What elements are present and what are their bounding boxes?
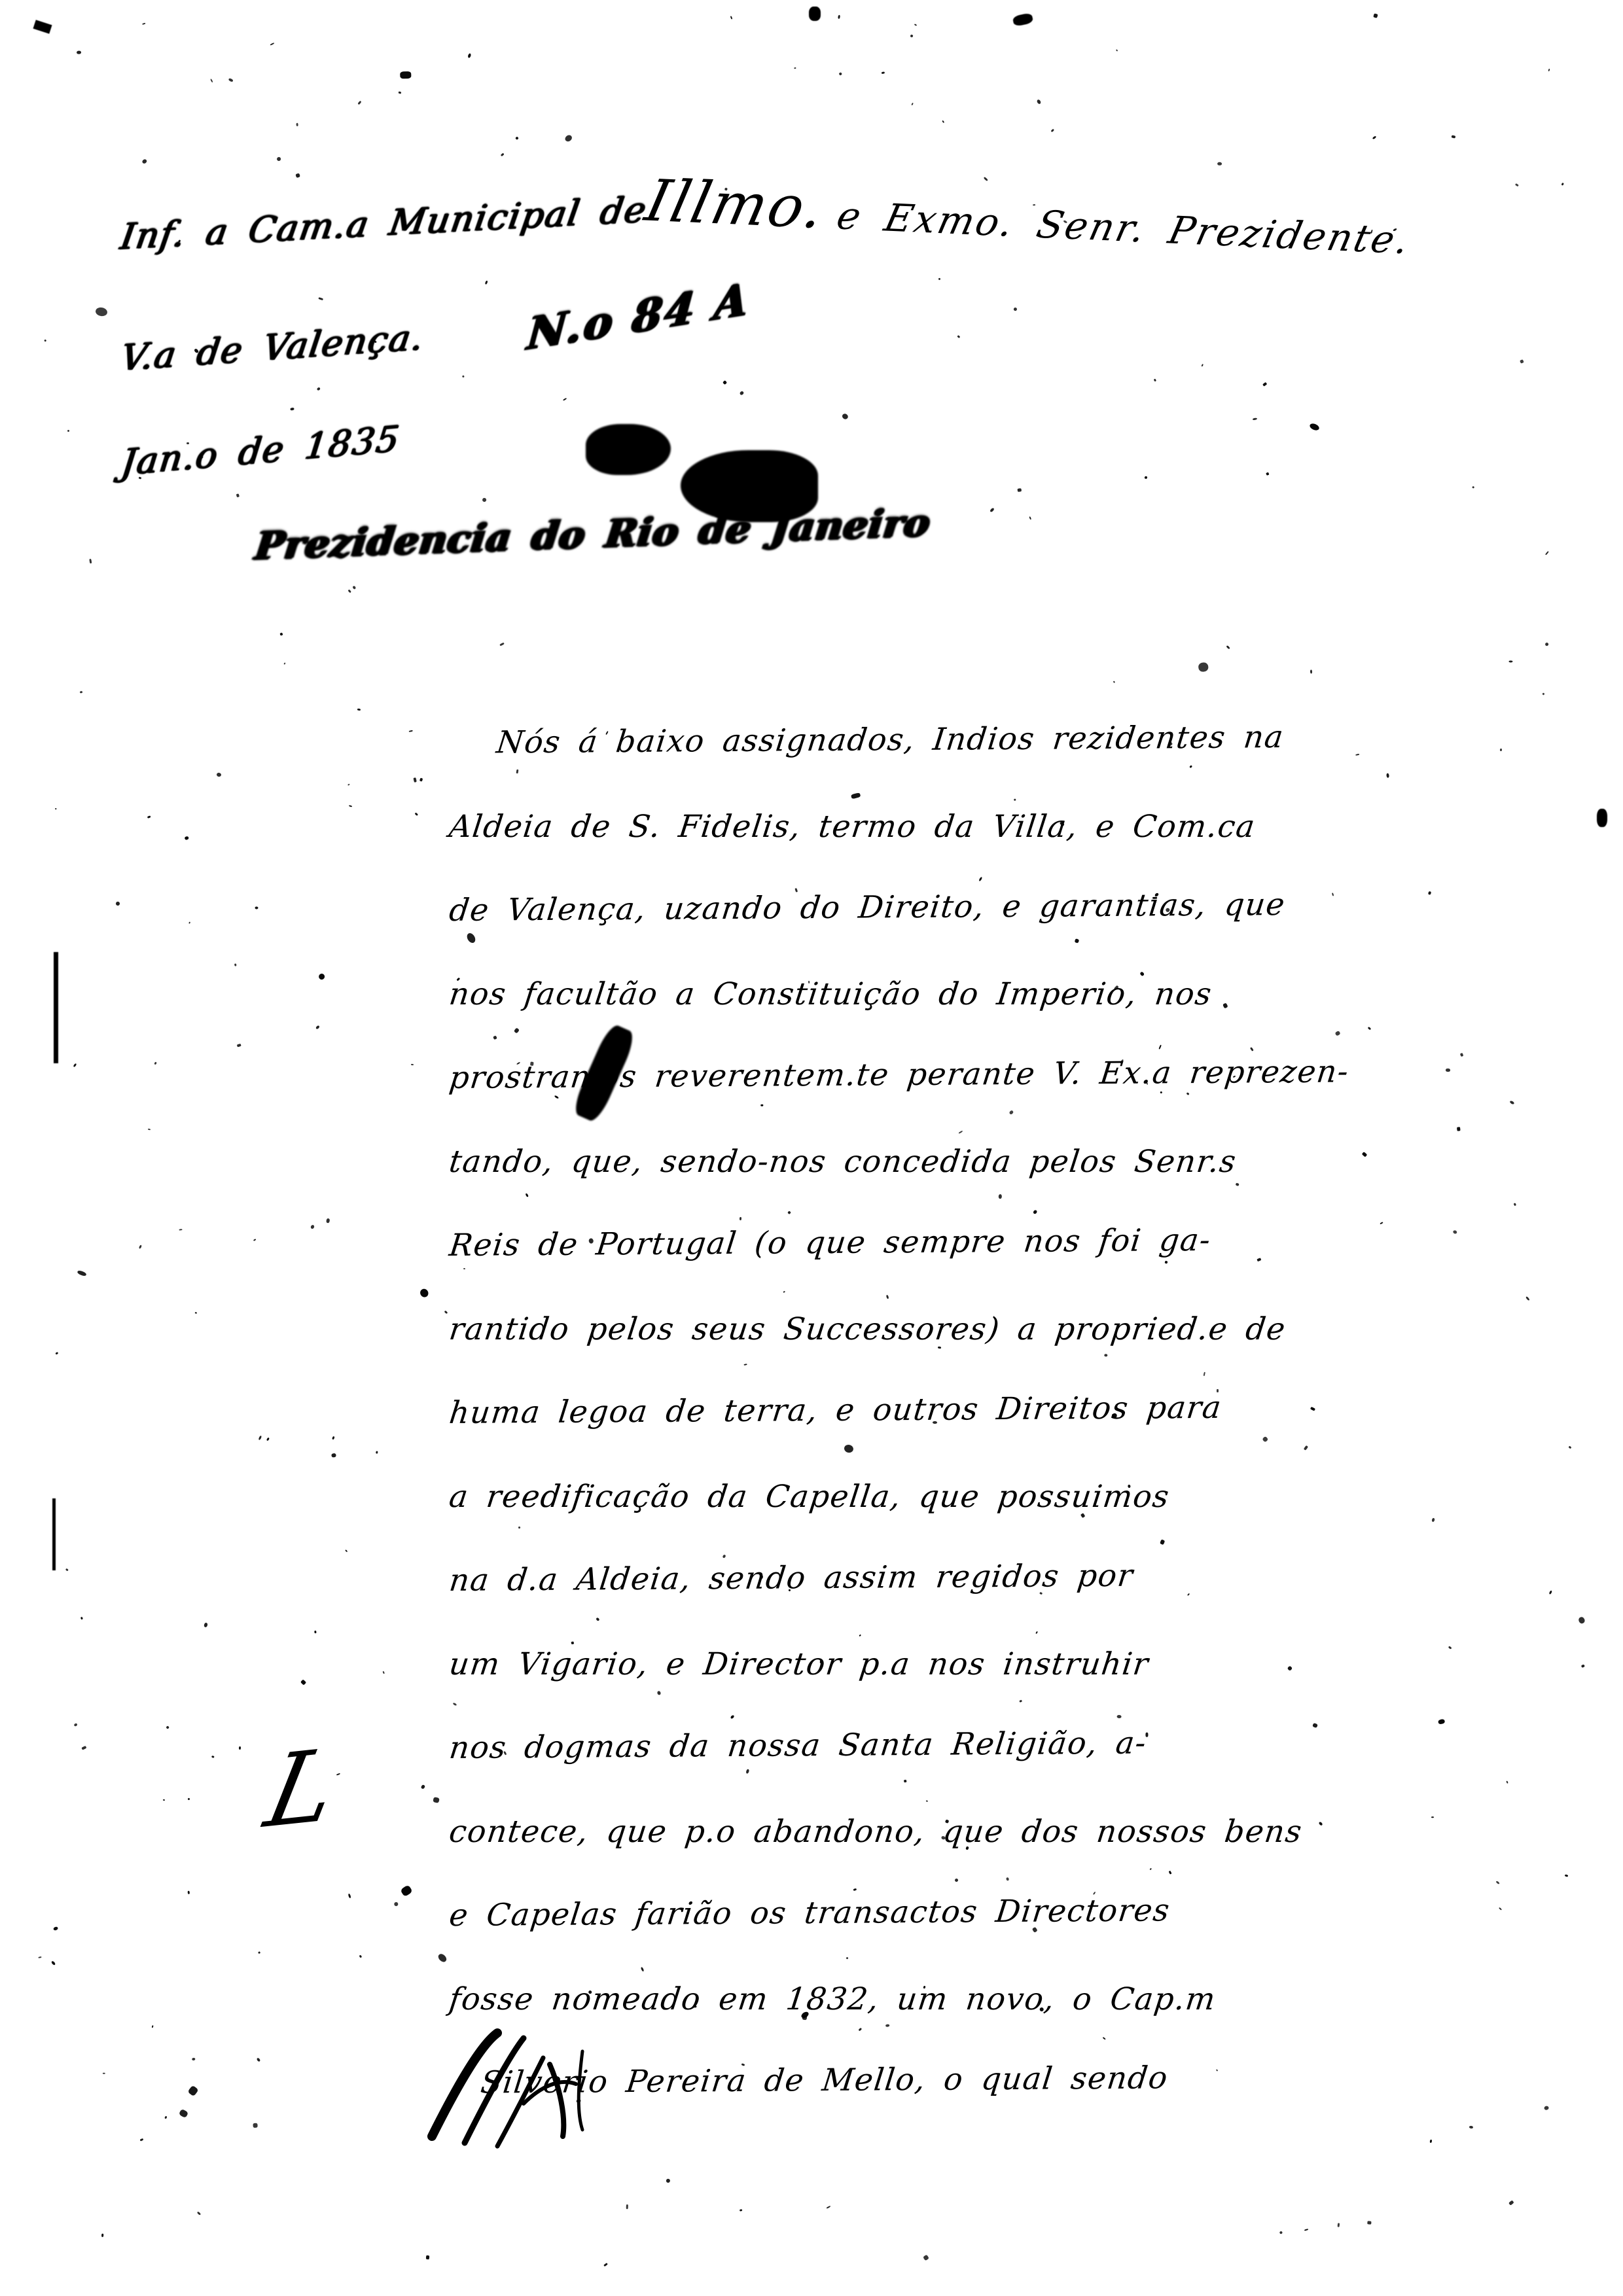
paper-speckle	[1452, 135, 1456, 138]
paper-speckle	[1217, 1389, 1219, 1392]
paper-speckle	[65, 1568, 69, 1572]
paper-speckle	[563, 134, 573, 143]
paper-speckle	[1198, 662, 1209, 673]
paper-speckle	[1337, 2223, 1340, 2227]
paper-speckle	[317, 972, 326, 981]
paper-speckle	[348, 590, 351, 593]
ink-blot	[681, 450, 818, 522]
paper-speckle	[332, 1436, 335, 1440]
paper-speckle	[1545, 551, 1549, 556]
paper-speckle	[838, 15, 840, 19]
paper-speckle	[319, 297, 323, 300]
body-line: prostramos reverentem.te perante V. Ex.a…	[442, 1054, 1329, 1144]
paper-speckle	[147, 815, 151, 819]
paper-speckle	[740, 1217, 741, 1220]
paper-speckle	[1544, 642, 1548, 646]
paper-speckle	[1013, 307, 1017, 311]
paper-speckle	[1542, 692, 1544, 695]
paper-speckle	[415, 813, 418, 816]
ink-blot	[586, 424, 671, 475]
paper-speckle	[116, 902, 120, 906]
paper-speckle	[942, 120, 944, 124]
paper-speckle	[148, 1129, 151, 1131]
paper-speckle	[73, 1723, 77, 1727]
paper-speckle	[990, 508, 995, 513]
paper-speckle	[411, 1064, 414, 1065]
paper-speckle	[1309, 422, 1321, 431]
paper-speckle	[279, 632, 283, 635]
paper-speckle	[197, 2212, 201, 2216]
paper-speckle	[838, 72, 842, 76]
body-line: tando, que, sendo-nos concedida pelos Se…	[441, 1144, 1329, 1227]
paper-speckle	[1380, 1222, 1383, 1224]
paper-speckle	[1117, 1715, 1122, 1718]
paper-speckle	[67, 430, 69, 432]
paper-speckle	[1017, 488, 1022, 492]
paper-speckle	[1051, 129, 1054, 132]
paper-speckle	[164, 2116, 167, 2119]
scan-edge-mark	[1012, 12, 1034, 27]
paper-speckle	[933, 1421, 937, 1424]
paper-speckle	[211, 1756, 215, 1758]
paper-speckle	[984, 177, 988, 181]
paper-speckle	[841, 413, 849, 421]
body-line: contece, que p.o abandono, que dos nosso…	[441, 1814, 1329, 1898]
date-note: Jan.o de 1835	[119, 417, 402, 484]
paper-speckle	[187, 2085, 199, 2097]
paper-speckle	[1469, 2126, 1474, 2129]
paper-speckle	[192, 2058, 196, 2060]
paper-speckle	[760, 1575, 763, 1580]
paper-speckle	[326, 1218, 330, 1223]
paper-speckle	[563, 398, 567, 401]
paper-speckle	[1453, 1229, 1457, 1234]
paper-speckle	[1508, 2200, 1514, 2205]
paper-speckle	[310, 1224, 315, 1229]
paper-speckle	[571, 1641, 574, 1644]
paper-speckle	[1217, 162, 1222, 166]
paper-speckle	[184, 836, 188, 840]
registry-number: N.o 84 A	[526, 272, 753, 360]
paper-speckle	[138, 1245, 142, 1249]
paper-speckle	[332, 1453, 336, 1458]
paper-speckle	[846, 1957, 848, 1959]
paper-speckle	[604, 2263, 608, 2267]
paper-speckle	[530, 1061, 534, 1065]
paper-speckle	[141, 158, 147, 164]
paper-speckle	[794, 67, 796, 69]
paper-speckle	[433, 1797, 440, 1803]
paper-speckle	[1226, 645, 1230, 650]
paper-speckle	[1368, 1027, 1371, 1030]
paper-speckle	[882, 71, 885, 74]
paper-speckle	[1448, 1646, 1452, 1650]
paper-speckle	[419, 1287, 430, 1298]
paper-speckle	[1500, 749, 1502, 751]
paper-speckle	[357, 709, 361, 711]
paper-speckle	[315, 1631, 317, 1634]
paper-speckle	[1332, 892, 1334, 896]
paper-speckle	[255, 906, 258, 909]
paper-speckle	[80, 1617, 83, 1620]
paper-speckle	[179, 1229, 183, 1231]
paper-speckle	[1569, 1446, 1571, 1449]
paper-speckle	[228, 78, 234, 82]
paper-speckle	[236, 493, 240, 497]
paper-speckle	[81, 1746, 86, 1750]
paper-speckle	[103, 2073, 105, 2074]
paper-speckle	[315, 1025, 320, 1029]
paper-speckle	[1262, 382, 1267, 387]
pen-scribble-marks	[419, 2025, 720, 2156]
paper-speckle	[348, 1894, 351, 1898]
paper-speckle	[1520, 359, 1524, 363]
paper-speckle	[188, 1891, 190, 1894]
body-line: Nós á baixo assignados, Indios rezidente…	[442, 719, 1329, 809]
paper-speckle	[1457, 1127, 1460, 1131]
paper-speckle	[1472, 486, 1474, 489]
scan-edge-mark	[1597, 809, 1607, 827]
paper-speckle	[1499, 1907, 1502, 1911]
paper-speckle	[89, 559, 92, 563]
paper-speckle	[187, 1797, 190, 1800]
paper-speckle	[77, 51, 81, 55]
paper-speckle	[400, 71, 412, 79]
marginalia-line-1: Inf. a Cam.a Municipal de	[118, 188, 650, 258]
paper-speckle	[1514, 183, 1518, 187]
body-line: de Valença, uzando do Direito, e garanti…	[442, 887, 1329, 976]
paper-speckle	[295, 173, 300, 178]
paper-speckle	[399, 92, 401, 94]
paper-speckle	[957, 335, 961, 338]
paper-speckle	[53, 1926, 58, 1931]
scan-edge-streak	[54, 952, 58, 1063]
scan-edge-streak	[52, 1498, 56, 1570]
paper-speckle	[1116, 49, 1118, 52]
paper-speckle	[1548, 69, 1550, 71]
body-line: nos facultão a Constituição do Imperio, …	[441, 976, 1329, 1060]
paper-speckle	[401, 1884, 413, 1897]
paper-speckle	[77, 1270, 87, 1277]
paper-speckle	[204, 1622, 208, 1627]
paper-speckle	[1372, 135, 1377, 139]
paper-speckle	[414, 777, 417, 782]
paper-speckle	[1431, 1518, 1435, 1523]
paper-speckle	[500, 643, 505, 646]
paper-speckle	[259, 1952, 261, 1954]
paper-speckle	[353, 586, 357, 590]
paper-speckle	[194, 1312, 197, 1314]
paper-speckle	[300, 1680, 306, 1686]
paper-speckle	[151, 2025, 153, 2028]
salutation: Illmo. e Exmo. Senr. Prezidente.	[639, 167, 1419, 267]
paper-speckle	[317, 387, 321, 391]
paper-speckle	[666, 2178, 671, 2183]
paper-speckle	[259, 1436, 262, 1440]
paper-speckle	[1153, 378, 1156, 381]
paper-speckle	[1510, 1100, 1515, 1104]
paper-speckle	[1430, 2140, 1433, 2143]
paper-speckle	[1253, 417, 1257, 420]
paper-speckle	[409, 730, 413, 732]
paper-speckle	[349, 805, 353, 807]
scan-edge-mark	[809, 7, 821, 21]
paper-speckle	[217, 772, 222, 777]
body-line: Aldeia de S. Fidelis, termo da Villa, e …	[441, 809, 1329, 892]
paper-speckle	[1367, 2221, 1371, 2224]
paper-speckle	[210, 79, 213, 83]
paper-speckle	[1145, 1733, 1148, 1737]
paper-speckle	[1113, 680, 1115, 682]
body-line: um Vigario, e Director p.a nos instruhir	[441, 1646, 1329, 1730]
paper-speckle	[1304, 2229, 1308, 2231]
paper-speckle	[1514, 1203, 1516, 1205]
paper-speckle	[1335, 1031, 1341, 1036]
paper-speckle	[276, 156, 281, 162]
paper-speckle	[237, 1044, 241, 1047]
paper-speckle	[426, 2255, 429, 2260]
paper-speckle	[270, 43, 275, 46]
margin-flourish-L: L	[257, 1727, 346, 1851]
paper-speckle	[1033, 204, 1035, 205]
paper-speckle	[1548, 1590, 1552, 1595]
paper-speckle	[1266, 472, 1269, 475]
paper-speckle	[419, 778, 423, 782]
paper-speckle	[999, 1194, 1002, 1199]
paper-speckle	[348, 783, 350, 786]
paper-speckle	[760, 1104, 763, 1106]
paper-speckle	[1113, 1413, 1117, 1418]
paper-speckle	[51, 1961, 56, 1966]
paper-speckle	[234, 963, 236, 966]
paper-speckle	[1506, 1781, 1508, 1784]
paper-speckle	[1201, 364, 1204, 367]
paper-speckle	[1578, 1616, 1586, 1625]
body-line: Reis de Portugal (o que sempre nos foi g…	[442, 1222, 1329, 1311]
paper-speckle	[166, 1725, 169, 1729]
paper-speckle	[1279, 2231, 1283, 2234]
paper-speckle	[740, 2209, 742, 2211]
body-line: rantido pelos seus Successores) a propri…	[441, 1311, 1329, 1395]
paper-speckle	[808, 981, 810, 983]
paper-speckle	[179, 2109, 188, 2118]
paper-speckle	[188, 921, 190, 924]
paper-speckle	[154, 1062, 157, 1065]
paper-speckle	[740, 391, 745, 396]
paper-speckle	[722, 380, 727, 385]
paper-speckle	[143, 23, 146, 25]
body-line: na d.a Aldeia, sendo assim regidos por	[442, 1557, 1329, 1646]
paper-speckle	[1373, 13, 1378, 18]
paper-speckle	[55, 808, 57, 809]
paper-speckle	[1495, 1881, 1500, 1884]
paper-speckle	[345, 1549, 348, 1553]
body-line: nos dogmas da nossa Santa Religião, a-	[442, 1724, 1329, 1814]
paper-speckle	[257, 2057, 261, 2062]
paper-speckle	[163, 1799, 166, 1801]
paper-speckle	[1446, 1069, 1450, 1072]
paper-speckle	[291, 408, 294, 411]
paper-speckle	[376, 1451, 378, 1453]
paper-speckle	[1438, 1719, 1445, 1725]
paper-speckle	[253, 2123, 258, 2128]
paper-speckle	[38, 1956, 41, 1958]
paper-speckle	[1561, 183, 1564, 186]
paper-speckle	[923, 2255, 929, 2261]
paper-speckle	[1460, 1053, 1464, 1057]
paper-speckle	[44, 339, 46, 342]
paper-speckle	[1428, 891, 1431, 895]
paper-speckle	[730, 16, 733, 19]
paper-speckle	[501, 153, 505, 157]
marginalia-line-2: V.a de Valença.	[118, 316, 427, 379]
paper-speckle	[904, 1780, 907, 1783]
paper-speckle	[626, 2204, 628, 2209]
paper-speckle	[515, 136, 518, 139]
paper-speckle	[421, 1784, 425, 1790]
paper-speckle	[1144, 476, 1147, 479]
paper-speckle	[1029, 516, 1031, 520]
paper-speckle	[1152, 897, 1157, 899]
body-line: huma legoa de terra, e outros Direitos p…	[442, 1389, 1329, 1479]
paper-speckle	[336, 1773, 340, 1776]
paper-speckle	[95, 307, 108, 317]
paper-speckle	[911, 103, 914, 106]
paper-speckle	[296, 123, 298, 126]
body-line: a reedificação da Capella, que possuimos	[441, 1479, 1329, 1563]
paper-speckle	[1431, 1816, 1434, 1818]
salutation-prefix: Illmo.	[639, 167, 832, 241]
paper-speckle	[187, 442, 189, 444]
paper-speckle	[140, 2138, 144, 2142]
paper-speckle	[1565, 1874, 1568, 1877]
manuscript-page: Inf. a Cam.a Municipal de V.a de Valença…	[0, 0, 1623, 2296]
paper-speckle	[938, 278, 941, 281]
salutation-rest: e Exmo. Senr. Prezidente.	[833, 194, 1415, 263]
paper-speckle	[1037, 99, 1042, 104]
paper-speckle	[266, 1438, 270, 1441]
paper-speckle	[482, 497, 487, 503]
scan-corner-mark	[33, 20, 52, 33]
paper-speckle	[359, 1954, 362, 1958]
paper-speckle	[56, 1352, 59, 1354]
paper-speckle	[239, 1746, 241, 1750]
paper-speckle	[73, 1063, 77, 1068]
paper-speckle	[357, 101, 361, 105]
paper-speckle	[910, 34, 914, 38]
paper-speckle	[101, 2234, 103, 2238]
paper-speckle	[1525, 1296, 1529, 1301]
paper-speckle	[253, 1239, 257, 1241]
paper-speckle	[1509, 660, 1513, 662]
paper-speckle	[1544, 2106, 1549, 2110]
paper-speckle	[1362, 1152, 1367, 1157]
paper-speckle	[1581, 1664, 1585, 1668]
paper-speckle	[467, 53, 471, 58]
paper-speckle	[1310, 669, 1312, 673]
paper-speckle	[463, 1268, 465, 1269]
paper-speckle	[1387, 773, 1389, 778]
paper-speckle	[462, 376, 465, 378]
body-line: e Capelas farião os transactos Directore…	[442, 1892, 1329, 1981]
paper-speckle	[80, 691, 83, 694]
paper-speckle	[393, 1901, 399, 1907]
stamp-line: Prezidencia do Rio de Janeiro	[253, 500, 933, 568]
paper-speckle	[283, 662, 286, 665]
paper-speckle	[914, 24, 917, 26]
paper-speckle	[484, 280, 488, 285]
paper-speckle	[382, 1671, 385, 1674]
paper-speckle	[827, 2206, 831, 2209]
body-text: Nós á baixo assignados, Indios rezidente…	[452, 725, 1329, 2149]
paper-speckle	[1355, 753, 1360, 756]
